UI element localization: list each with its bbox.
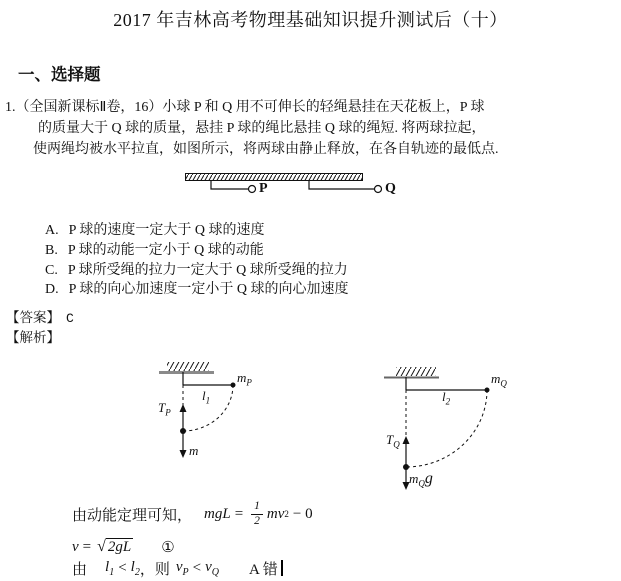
section-heading: 一、选择题 — [18, 61, 101, 85]
setup-figure — [186, 174, 382, 193]
tension-p-sub: P — [165, 408, 171, 418]
document-canvas[interactable]: { "title": "2017 年吉林高考物理基础知识提升测试后（十）", "… — [0, 0, 621, 581]
formula-l2: l2 — [131, 559, 140, 578]
tension-arrowhead-p — [180, 404, 187, 412]
formula-vp: vP — [176, 559, 189, 578]
fraction-numerator: 1 — [251, 500, 263, 514]
tension-p-label: TP — [158, 401, 171, 418]
fraction-one-half: 12 — [251, 500, 263, 527]
length-q-label: l2 — [442, 390, 450, 407]
radicand: 2gL — [106, 538, 133, 556]
text-cursor — [281, 560, 283, 576]
answer-line: 【答案】C — [6, 306, 74, 326]
option-d-text: P 球的向心加速度一定小于 Q 球的向心加速度 — [69, 282, 349, 297]
formula-vq: vQ — [205, 559, 219, 578]
question-line-2: 的质量大于 Q 球的质量，悬挂 P 球的绳比悬挂 Q 球的绳短. 将两球拉起， — [38, 118, 486, 139]
mass-q-sub: Q — [500, 379, 507, 389]
ceiling-bar — [186, 174, 363, 181]
solution-line-3-mid: ，则 — [140, 558, 170, 579]
option-a-letter: A. — [45, 223, 59, 238]
setup-ball-q-label: Q — [385, 182, 396, 196]
vp-sub: P — [183, 567, 189, 578]
weight-p-label: m — [189, 444, 198, 457]
option-c-text: P 球所受绳的拉力一定大于 Q 球所受绳的拉力 — [68, 263, 348, 278]
solution-line-1: 由动能定理可知， mgL = 12 mv2 − 0 — [72, 498, 317, 530]
vp-base: v — [176, 559, 183, 575]
less-than-1: < — [118, 560, 126, 577]
equation-number: ① — [161, 538, 174, 557]
mass-p-sub: P — [246, 378, 252, 388]
weight-q-label: mQg — [409, 471, 433, 489]
setup-ball-p-label: P — [259, 182, 268, 196]
solution-line-2: v = √2gL ① — [72, 537, 175, 557]
less-than-2: < — [193, 560, 201, 577]
page-title: 2017 年吉林高考物理基础知识提升测试后（十） — [0, 6, 621, 32]
rope-p — [211, 181, 248, 189]
verdict-text: A 错 — [249, 558, 278, 579]
formula-mgl: mgL — [204, 506, 231, 523]
mass-q-base: m — [491, 371, 500, 386]
option-b-letter: B. — [45, 243, 58, 258]
formula-minus-zero: − 0 — [293, 506, 313, 523]
pendulum-q-figure — [384, 367, 490, 490]
option-a: A.P 球的速度一定大于 Q 球的速度 — [45, 221, 349, 241]
solution-line-1-text: 由动能定理可知， — [72, 504, 192, 525]
mass-p-base: m — [237, 370, 246, 385]
option-b: B.P 球的动能一定小于 Q 球的动能 — [45, 241, 349, 261]
solution-line-3-prefix: 由 — [72, 558, 87, 579]
mass-p-start-dot — [231, 383, 236, 388]
option-d: D.P 球的向心加速度一定小于 Q 球的向心加速度 — [45, 280, 349, 300]
rope-q — [309, 181, 374, 189]
weight-q-g: g — [425, 470, 433, 487]
l1-sub: 1 — [109, 567, 114, 578]
square-root: √2gL — [97, 538, 133, 556]
option-c-letter: C. — [45, 263, 58, 278]
option-c: C.P 球所受绳的拉力一定大于 Q 球所受绳的拉力 — [45, 261, 349, 281]
length-p-label: l1 — [202, 389, 210, 406]
tension-q-label: TQ — [386, 433, 400, 450]
ball-q-lowest-dot — [403, 464, 409, 470]
question-line-3: 使两绳均被水平拉直，如图所示，将两球由静止释放，在各自轨迹的最低点. — [33, 139, 499, 160]
mass-p-label: mP — [237, 371, 252, 388]
weight-q-base: m — [409, 471, 418, 486]
formula-mv-exponent: 2 — [284, 509, 289, 519]
answer-value: C — [66, 311, 74, 326]
analysis-label: 【解析】 — [6, 326, 60, 346]
equals-sign: = — [235, 506, 243, 523]
ball-q — [375, 186, 382, 193]
option-a-text: P 球的速度一定大于 Q 球的速度 — [69, 223, 265, 238]
weight-arrowhead-p — [180, 450, 187, 458]
formula-l1: l1 — [105, 559, 114, 578]
ceiling-hatch-p — [167, 362, 209, 371]
formula-mv: mv — [267, 506, 285, 523]
ball-p — [249, 186, 256, 193]
mass-q-start-dot — [485, 388, 490, 393]
equals-sign-2: = — [83, 539, 91, 556]
option-b-text: P 球的动能一定小于 Q 球的动能 — [68, 243, 264, 258]
question-line-1: 1.（全国新课标Ⅱ卷，16）小球 P 和 Q 用不可伸长的轻绳悬挂在天花板上，P… — [5, 97, 485, 118]
length-q-sub: 2 — [446, 397, 451, 407]
tension-arrowhead-q — [403, 436, 410, 444]
tension-q-sub: Q — [393, 440, 400, 450]
radical-sign: √ — [97, 538, 106, 556]
formula-v: v — [72, 539, 79, 556]
vq-sub: Q — [212, 567, 219, 578]
mass-q-label: mQ — [491, 372, 507, 389]
ceiling-hatch-q — [396, 367, 436, 376]
length-p-sub: 1 — [206, 396, 211, 406]
options-list: A.P 球的速度一定大于 Q 球的速度 B.P 球的动能一定小于 Q 球的动能 … — [45, 221, 349, 300]
solution-line-3: 由 l1 < l2 ，则 vP < vQ A 错 — [72, 558, 283, 578]
fraction-denominator: 2 — [254, 515, 260, 528]
vq-base: v — [205, 559, 212, 575]
answer-label: 【答案】 — [6, 310, 60, 325]
option-d-letter: D. — [45, 282, 59, 297]
ball-p-lowest-dot — [180, 428, 186, 434]
